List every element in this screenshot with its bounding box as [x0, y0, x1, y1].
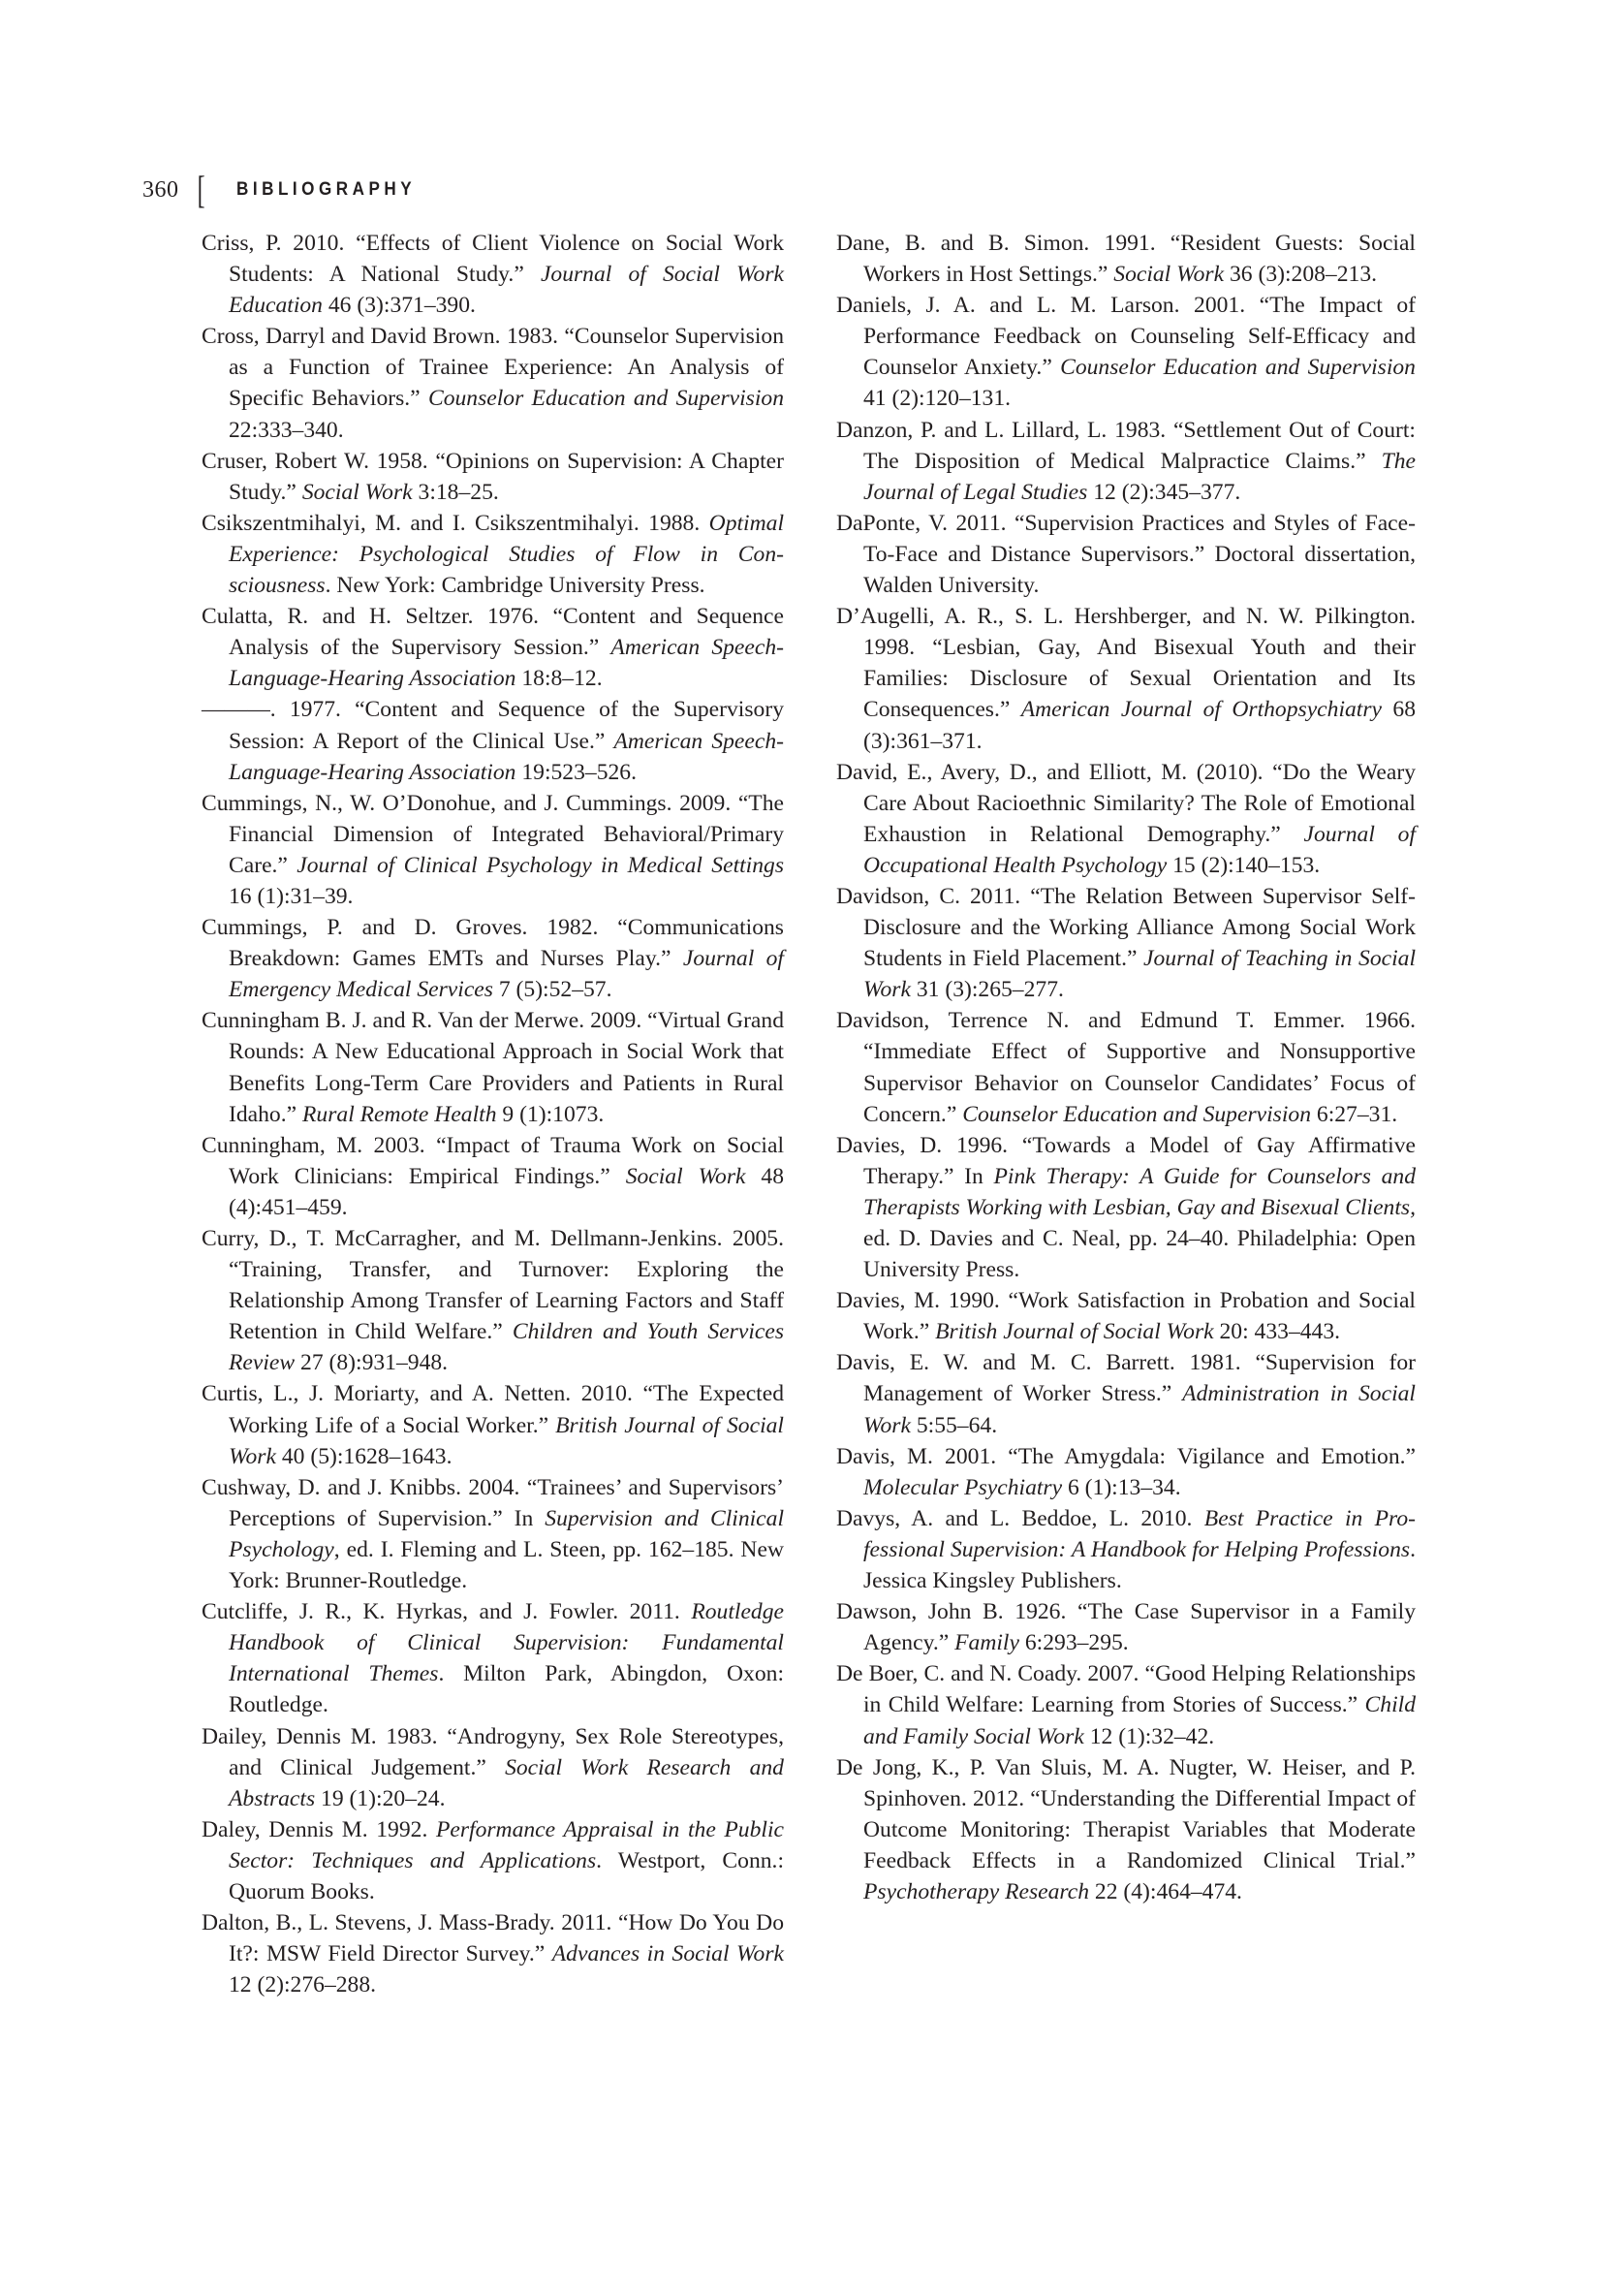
- entry-text: Davis, M. 2001. “The Amygdala: Vigilance…: [836, 1444, 1416, 1469]
- entry-citation-details: 18:8–12.: [515, 666, 602, 691]
- entry-citation-details: 6:27–31.: [1311, 1102, 1397, 1127]
- entry-source-title: Social Work: [626, 1164, 746, 1189]
- bibliography-entry: Cummings, P. and D. Groves. 1982. “Commu…: [202, 912, 784, 1005]
- entry-source-title: Counselor Education and Supervision: [1060, 355, 1416, 380]
- bibliography-entry: Daley, Dennis M. 1992. Performance Appra…: [202, 1814, 784, 1907]
- entry-citation-details: 20: 433–443.: [1214, 1319, 1340, 1344]
- entry-text: De Jong, K., P. Van Sluis, M. A. Nugter,…: [836, 1755, 1416, 1873]
- bibliography-entry: Cruser, Robert W. 1958. “Opinions on Sup…: [202, 446, 784, 508]
- bibliography-entry: Davies, D. 1996. “Towards a Model of Gay…: [836, 1130, 1416, 1285]
- bibliography-entry: Dalton, B., L. Stevens, J. Mass-Brady. 2…: [202, 1907, 784, 2000]
- bibliography-entry: Danzon, P. and L. Lillard, L. 1983. “Set…: [836, 415, 1416, 508]
- bibliography-entry: D’Augelli, A. R., S. L. Hershberger, and…: [836, 601, 1416, 756]
- entry-citation-details: 40 (5):1628–1643.: [276, 1444, 453, 1469]
- entry-text: De Boer, C. and N. Coady. 2007. “Good He…: [836, 1661, 1416, 1717]
- bibliography-entry: ———. 1977. “Content and Sequence of the …: [202, 694, 784, 787]
- entry-text: Cutcliffe, J. R., K. Hyrkas, and J. Fowl…: [202, 1599, 691, 1624]
- entry-citation-details: 31 (3):265–277.: [911, 977, 1064, 1002]
- entry-text: Daley, Dennis M. 1992.: [202, 1817, 436, 1842]
- entry-citation-details: 19:523–526.: [515, 760, 637, 785]
- bibliography-entry: Dawson, John B. 1926. “The Case Supervis…: [836, 1596, 1416, 1658]
- entry-source-title: Counselor Education and Super­vision: [962, 1102, 1311, 1127]
- entry-citation-details: 5:55–64.: [911, 1413, 997, 1438]
- bibliography-entry: Davies, M. 1990. “Work Satisfaction in P…: [836, 1285, 1416, 1347]
- bibliography-entry: Cunningham B. J. and R. Van der Merwe. 2…: [202, 1005, 784, 1129]
- entry-source-title: Counselor Education and Supervision: [428, 386, 784, 411]
- entry-citation-details: ed. D. Davies and C. Neal, pp. 24–40. Ph…: [863, 1226, 1416, 1282]
- running-header: 360 [ BIBLIOGRAPHY: [142, 171, 436, 209]
- bibliography-entry: Davis, E. W. and M. C. Barrett. 1981. “S…: [836, 1347, 1416, 1440]
- bibliography-entry: Cunningham, M. 2003. “Impact of Trauma W…: [202, 1130, 784, 1223]
- bibliography-entry: Cushway, D. and J. Knibbs. 2004. “Traine…: [202, 1472, 784, 1596]
- bibliography-entry: De Boer, C. and N. Coady. 2007. “Good He…: [836, 1658, 1416, 1751]
- section-title: BIBLIOGRAPHY: [236, 179, 416, 201]
- entry-source-title: Family: [954, 1630, 1019, 1655]
- entry-citation-details: 12 (2):345–377.: [1087, 480, 1240, 505]
- bibliography-entry: Davis, M. 2001. “The Amygdala: Vigilance…: [836, 1441, 1416, 1503]
- bibliography-entry: Cutcliffe, J. R., K. Hyrkas, and J. Fowl…: [202, 1596, 784, 1720]
- entry-source-title: Journal of Clinical Psy­chology in Medic…: [297, 853, 784, 878]
- bibliography-entry: De Jong, K., P. Van Sluis, M. A. Nugter,…: [836, 1752, 1416, 1907]
- right-column: Dane, B. and B. Simon. 1991. “Resident G…: [836, 228, 1416, 1907]
- bibliography-entry: Daniels, J. A. and L. M. Larson. 2001. “…: [836, 290, 1416, 414]
- entry-source-title: Social Work: [302, 480, 413, 505]
- entry-citation-details: 3:18–25.: [413, 480, 499, 505]
- entry-source-title: Psychotherapy Research: [863, 1879, 1089, 1904]
- bibliography-entry: DaPonte, V. 2011. “Supervision Practices…: [836, 508, 1416, 601]
- entry-text: DaPonte, V. 2011. “Supervision Practices…: [836, 511, 1416, 598]
- entry-citation-details: 7 (5):52–57.: [493, 977, 612, 1002]
- entry-citation-details: 46 (3):371–390.: [323, 293, 476, 318]
- bibliography-entry: Csikszentmihalyi, M. and I. Csikszentmih…: [202, 508, 784, 601]
- entry-citation-details: 12 (2):276–288.: [229, 1972, 376, 1997]
- entry-citation-details: 22:333–340.: [229, 418, 344, 443]
- entry-citation-details: 9 (1):1073.: [497, 1102, 605, 1127]
- bibliography-entry: Cross, Darryl and David Brown. 1983. “Co…: [202, 321, 784, 445]
- entry-source-title: American Journal of Orthopsy­chiatry: [1021, 697, 1382, 722]
- bibliography-entry: Davys, A. and L. Beddoe, L. 2010. Best P…: [836, 1503, 1416, 1596]
- bibliography-entry: Davidson, C. 2011. “The Relation Between…: [836, 881, 1416, 1005]
- bibliography-entry: Dailey, Dennis M. 1983. “Androgyny, Sex …: [202, 1721, 784, 1814]
- entry-citation-details: . New York: Cambridge University Press.: [326, 573, 705, 598]
- page-number: 360: [142, 177, 179, 204]
- entry-citation-details: 6:293–295.: [1019, 1630, 1129, 1655]
- entry-citation-details: 19 (1):20–24.: [315, 1786, 445, 1811]
- entry-citation-details: 27 (8):931–948.: [295, 1350, 448, 1375]
- entry-citation-details: 15 (2):140–153.: [1167, 853, 1320, 878]
- entry-text: Davys, A. and L. Beddoe, L. 2010.: [836, 1506, 1204, 1531]
- bibliography-entry: Cummings, N., W. O’Donohue, and J. Cummi…: [202, 788, 784, 912]
- bibliography-entry: Dane, B. and B. Simon. 1991. “Resident G…: [836, 228, 1416, 290]
- bibliography-entry: Criss, P. 2010. “Effects of Client Viole…: [202, 228, 784, 321]
- bibliography-entry: Davidson, Terrence N. and Edmund T. Emme…: [836, 1005, 1416, 1129]
- entry-citation-details: 22 (4):464–474.: [1089, 1879, 1242, 1904]
- left-column: Criss, P. 2010. “Effects of Client Viole…: [202, 228, 784, 2000]
- entry-source-title: Advances in Social Work: [552, 1941, 784, 1966]
- entry-citation-details: 6 (1):13–34.: [1062, 1475, 1181, 1500]
- entry-text: Danzon, P. and L. Lillard, L. 1983. “Set…: [836, 418, 1416, 474]
- bibliography-entry: Culatta, R. and H. Seltzer. 1976. “Conte…: [202, 601, 784, 694]
- header-bracket: [: [197, 171, 204, 209]
- bibliography-entry: Curry, D., T. McCarragher, and M. Dellma…: [202, 1223, 784, 1378]
- entry-citation-details: 12 (1):32–42.: [1084, 1724, 1214, 1749]
- bibliography-entry: Curtis, L., J. Moriarty, and A. Netten. …: [202, 1378, 784, 1471]
- entry-citation-details: 36 (3):208–213.: [1224, 262, 1377, 287]
- entry-citation-details: 16 (1):31–39.: [229, 884, 353, 909]
- bibliography-entry: David, E., Avery, D., and Elliott, M. (2…: [836, 757, 1416, 881]
- entry-source-title: Molecular Psychiatry: [863, 1475, 1062, 1500]
- entry-source-title: British Journal of Social Work: [935, 1319, 1214, 1344]
- entry-citation-details: 41 (2):120–131.: [863, 386, 1011, 411]
- entry-text: Csikszentmihalyi, M. and I. Csikszentmih…: [202, 511, 709, 536]
- entry-source-title: Social Work: [1113, 262, 1224, 287]
- entry-source-title: Rural Remote Health: [302, 1102, 497, 1127]
